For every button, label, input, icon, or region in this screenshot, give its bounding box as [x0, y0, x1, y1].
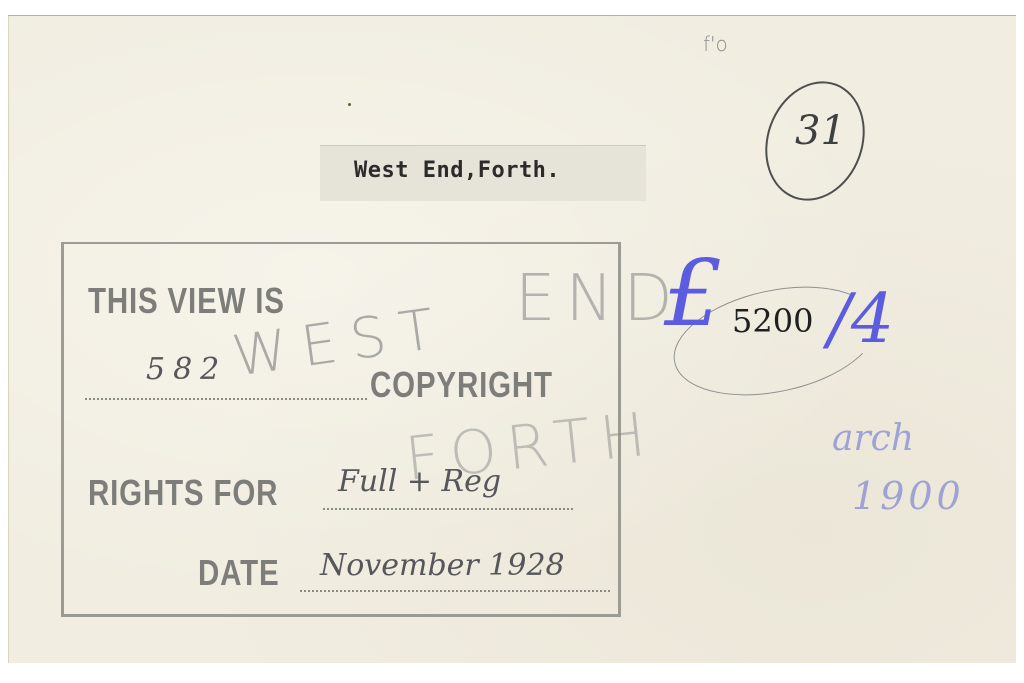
ink-speck — [348, 103, 351, 106]
archive-note-line2: 1900 — [852, 474, 965, 518]
price-value: 5200 — [732, 302, 813, 340]
circled-number: 31 — [795, 108, 846, 154]
stamp-copyright: COPYRIGHT — [370, 364, 553, 406]
price-suffix: /4 — [828, 280, 894, 359]
top-pencil-note: f'o — [703, 32, 728, 56]
view-number-line — [85, 398, 367, 400]
stamp-date: DATE — [198, 552, 279, 594]
price-symbol: £ — [664, 240, 723, 347]
view-number: 582 — [146, 352, 227, 387]
stamp-this-view-is: THIS VIEW IS — [88, 280, 285, 322]
typed-location-label: West End,Forth. — [354, 158, 560, 183]
archive-note-line1: arch — [832, 418, 914, 459]
stamp-rights-for: RIGHTS FOR — [88, 472, 278, 514]
pencil-overlay-end: END — [515, 262, 683, 336]
date-line — [300, 590, 610, 592]
date-value: November 1928 — [320, 548, 565, 583]
rights-for-line — [323, 508, 573, 510]
